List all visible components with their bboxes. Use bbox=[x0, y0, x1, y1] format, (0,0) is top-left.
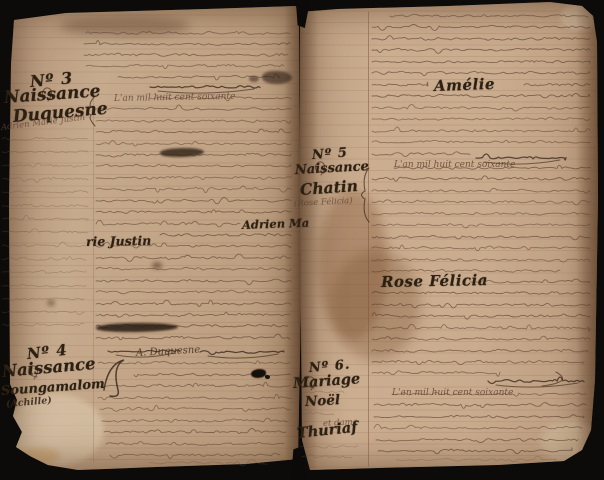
act-opening-right-2: L'an mil huit cent soixante bbox=[392, 388, 513, 398]
margin-note-no6-party1: Noël bbox=[305, 392, 341, 410]
heading-amelie: Amélie bbox=[434, 75, 496, 95]
act-opening-right-1: L'an mil huit cent soixante bbox=[394, 160, 515, 170]
page-vignette bbox=[298, 0, 602, 474]
bold-name-line2: rie Justin bbox=[86, 233, 152, 249]
stamp-mark bbox=[249, 76, 259, 82]
bold-name-line1: Adrien Ma bbox=[242, 216, 310, 232]
stamp-mark bbox=[262, 71, 292, 84]
heading-rose-felicia: Rose Félicia bbox=[381, 271, 488, 291]
scanned-register-spread: Nº 3 Naissance Duquesne Adrien Marie Jus… bbox=[0, 0, 604, 480]
right-page bbox=[298, 0, 602, 474]
ink-blot bbox=[265, 375, 270, 379]
gutter-gap-bottom bbox=[291, 446, 307, 480]
act-opening-left: L'an mil huit cent soixante bbox=[114, 92, 235, 104]
